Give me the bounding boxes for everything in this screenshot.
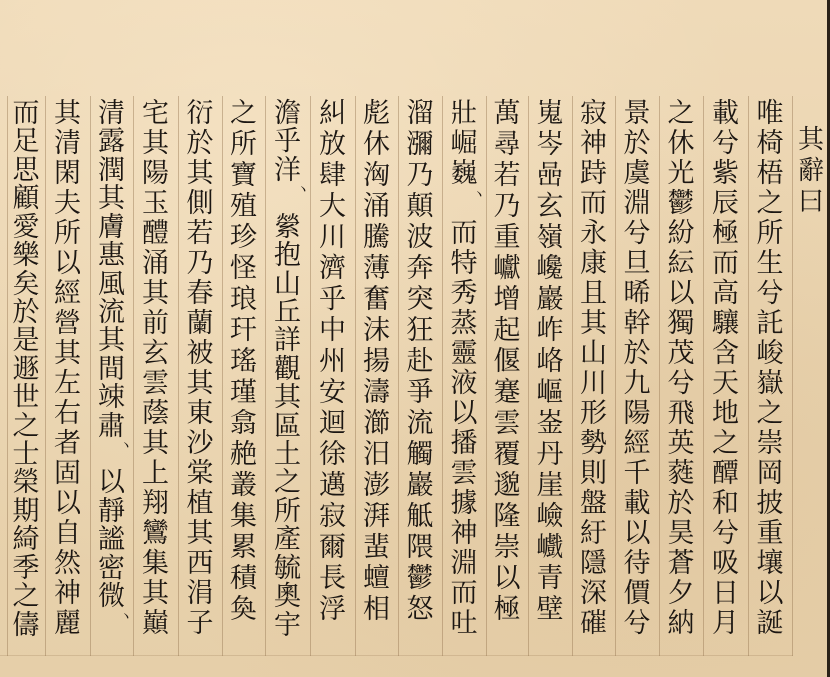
character: 兮 [703, 128, 748, 159]
character: 淵 [615, 188, 659, 219]
character: 九 [615, 368, 659, 399]
character: 丘 [265, 297, 310, 328]
character: 潤 [90, 155, 133, 186]
character: 重 [486, 222, 528, 253]
character: 奐 [222, 594, 265, 625]
character: 秀 [442, 278, 486, 309]
character: 休 [659, 128, 703, 159]
character: 雲 [486, 408, 528, 439]
character: 深 [572, 578, 615, 609]
character: 儔 [7, 610, 45, 641]
character: 於 [7, 297, 45, 328]
character: 詳 [265, 325, 310, 356]
character: 載 [615, 488, 659, 519]
character: 遯 [7, 354, 45, 385]
character: 觀 [265, 354, 310, 385]
character: 岞 [528, 315, 572, 346]
character: 天 [703, 368, 748, 399]
character: 玕 [222, 315, 265, 346]
character: 起 [486, 315, 528, 346]
character: 且 [572, 278, 615, 309]
character: 衍 [178, 98, 222, 129]
character: 所 [45, 218, 90, 249]
character: 醴 [133, 218, 178, 249]
character: 和 [703, 488, 748, 519]
character: 披 [748, 488, 792, 519]
character: 上 [133, 458, 178, 489]
character: 旦 [615, 248, 659, 279]
character: 涌 [355, 191, 398, 222]
character: 其 [45, 98, 90, 129]
character: 鬱 [398, 563, 442, 594]
character: 固 [45, 458, 90, 489]
character: 是 [7, 325, 45, 356]
character: 巖 [398, 470, 442, 501]
character: 瑾 [222, 377, 265, 408]
character: 待 [615, 548, 659, 579]
character: 兮 [703, 518, 748, 549]
character: 薄 [355, 253, 398, 284]
heading-character: 辭 [796, 156, 826, 187]
character: 乃 [178, 248, 222, 279]
character: 若 [178, 218, 222, 249]
text-column: 嵬岑喦玄嶺巉巖岞峈嶇崟丹崖嶮巇青壁 [528, 96, 572, 656]
character: 峻 [748, 338, 792, 369]
character: 其 [133, 278, 178, 309]
character: 乎 [310, 284, 355, 315]
character: 流 [398, 408, 442, 439]
character: 特 [442, 248, 486, 279]
character: 神 [442, 518, 486, 549]
heading-character: 曰 [796, 187, 826, 218]
character: 嶽 [748, 368, 792, 399]
character: 波 [398, 222, 442, 253]
text-column: 之休光鬱紛紜以獨茂兮飛英蕤於昊蒼夕納 [659, 96, 703, 656]
character: 兮 [748, 278, 792, 309]
text-column: 清露潤其膚惠風流其間竦肅ヽ以靜謐密微ヽ [90, 96, 133, 656]
character: 乃 [398, 160, 442, 191]
character: 崇 [486, 532, 528, 563]
character: 彪 [355, 98, 398, 129]
character: 紛 [659, 218, 703, 249]
character: 生 [748, 248, 792, 279]
character: 岡 [748, 458, 792, 489]
character: 飛 [659, 398, 703, 429]
character: 喦 [528, 160, 572, 191]
character: 光 [659, 158, 703, 189]
character: 雲 [442, 458, 486, 489]
character: 乎 [265, 126, 310, 157]
character: 壤 [748, 548, 792, 579]
column-rule-line [792, 96, 793, 656]
character: 尋 [486, 129, 528, 160]
character: 川 [310, 222, 355, 253]
character: 嵬 [528, 98, 572, 129]
character: 鬱 [659, 188, 703, 219]
character: 寶 [222, 160, 265, 191]
character: 瀰 [398, 129, 442, 160]
character: 前 [133, 308, 178, 339]
character: 崛 [442, 128, 486, 159]
character: 累 [222, 532, 265, 563]
character: 珍 [222, 222, 265, 253]
character: 驤 [703, 308, 748, 339]
character: 於 [178, 128, 222, 159]
character: 竦 [90, 382, 133, 413]
character: 永 [572, 218, 615, 249]
character: 以 [90, 467, 133, 498]
character: 山 [572, 338, 615, 369]
character: 膚 [90, 212, 133, 243]
character: 極 [703, 218, 748, 249]
character: 寂 [310, 501, 355, 532]
character: 謐 [90, 524, 133, 555]
character: 大 [310, 191, 355, 222]
character: 景 [615, 98, 659, 129]
character: 崇 [748, 428, 792, 459]
character: 瑤 [222, 346, 265, 377]
character: 其 [90, 183, 133, 214]
character: 東 [178, 398, 222, 429]
character: 所 [222, 129, 265, 160]
text-column: 唯椅梧之所生兮託峻嶽之崇岡披重壤以誕 [748, 96, 792, 656]
character: 嶇 [528, 377, 572, 408]
character: 洶 [355, 160, 398, 191]
character: 春 [178, 278, 222, 309]
character: 極 [486, 594, 528, 625]
character: 涌 [133, 248, 178, 279]
character: 清 [90, 98, 133, 129]
character: 隈 [398, 532, 442, 563]
character: 清 [45, 128, 90, 159]
character: 區 [265, 411, 310, 442]
character: 岑 [528, 129, 572, 160]
character: 安 [310, 377, 355, 408]
character: 幹 [615, 308, 659, 339]
character: 而 [703, 248, 748, 279]
character: 閑 [45, 158, 90, 189]
character: 據 [442, 488, 486, 519]
character: 以 [486, 563, 528, 594]
character: 沫 [355, 315, 398, 346]
heading-character: 其 [796, 125, 826, 156]
character: 翔 [133, 488, 178, 519]
character: 邈 [486, 470, 528, 501]
character: 峈 [528, 346, 572, 377]
character: 價 [615, 578, 659, 609]
repeat-mark: ヽ [442, 188, 486, 202]
character: 自 [45, 518, 90, 549]
character: 英 [659, 428, 703, 459]
character: 奧 [265, 581, 310, 612]
character: 地 [703, 398, 748, 429]
text-column: 彪休洶涌騰薄奮沫揚濤瀄汨澎湃蜚蟺相 [355, 96, 398, 656]
character: 雲 [133, 368, 178, 399]
character: 間 [90, 354, 133, 385]
character: 巖 [528, 284, 572, 315]
character: 椅 [748, 128, 792, 159]
character: 榮 [7, 467, 45, 498]
character: 汨 [355, 439, 398, 470]
character: 壁 [528, 594, 572, 625]
character: 其 [265, 382, 310, 413]
character: 以 [45, 488, 90, 519]
character: 於 [615, 338, 659, 369]
character: 吐 [442, 608, 486, 639]
character: 增 [486, 284, 528, 315]
character: 毓 [265, 553, 310, 584]
repeat-mark: ヽ [265, 183, 310, 197]
character: 其 [178, 518, 222, 549]
character: 高 [703, 278, 748, 309]
character: 重 [748, 518, 792, 549]
character: 季 [7, 553, 45, 584]
character: 巉 [528, 253, 572, 284]
character: 觝 [398, 501, 442, 532]
repeat-mark: ヽ [90, 610, 133, 624]
character: 經 [45, 278, 90, 309]
character: 綺 [7, 524, 45, 555]
character: 嶺 [528, 222, 572, 253]
text-column: 而足思顧愛樂矣於是遯世之士榮期綺季之儔 [7, 96, 45, 656]
character: 浮 [310, 594, 355, 625]
character: 崖 [528, 470, 572, 501]
character: 玉 [133, 188, 178, 219]
character: 陽 [615, 398, 659, 429]
text-column: 之所寶殖珍怪琅玕瑤瑾翕赩叢集累積奐 [222, 96, 265, 656]
character: 川 [572, 368, 615, 399]
character: 其 [178, 368, 222, 399]
character: 兮 [615, 608, 659, 639]
character: 其 [133, 428, 178, 459]
character: 然 [45, 548, 90, 579]
character: 而 [7, 98, 45, 129]
text-column: 衍於其側若乃春蘭被其東沙棠植其西涓子 [178, 96, 222, 656]
character: 蒼 [659, 548, 703, 579]
character: 西 [178, 548, 222, 579]
character: 託 [748, 308, 792, 339]
character: 湃 [355, 501, 398, 532]
character: 醰 [703, 458, 748, 489]
character: 其 [45, 338, 90, 369]
character: 播 [442, 428, 486, 459]
character: 之 [7, 411, 45, 442]
character: 足 [7, 126, 45, 157]
character: 赴 [398, 346, 442, 377]
character: 樂 [7, 240, 45, 271]
character: 形 [572, 398, 615, 429]
character: 其 [133, 578, 178, 609]
character: 夫 [45, 188, 90, 219]
character: 顧 [7, 183, 45, 214]
character: 右 [45, 398, 90, 429]
character: 以 [748, 578, 792, 609]
character: 靜 [90, 496, 133, 527]
character: 隱 [572, 548, 615, 579]
character: 瀄 [355, 408, 398, 439]
text-column: 澹乎洋ヽ縈抱山丘詳觀其區土之所產毓奧宇 [265, 96, 310, 656]
character: 蔭 [133, 398, 178, 429]
character: 蕤 [659, 458, 703, 489]
character: 子 [178, 608, 222, 639]
text-column: 寂神跱而永康且其山川形勢則盤紆隱深磪 [572, 96, 615, 656]
character: 淵 [442, 548, 486, 579]
character: 紫 [703, 158, 748, 189]
character: 而 [442, 218, 486, 249]
character: 被 [178, 338, 222, 369]
text-column: 糾放肆大川濟乎中州安迴徐邁寂爾長浮 [310, 96, 355, 656]
character: 紜 [659, 248, 703, 279]
character: 丹 [528, 439, 572, 470]
character: 而 [442, 578, 486, 609]
character: 肅 [90, 411, 133, 442]
character: 以 [442, 398, 486, 429]
character: 跱 [572, 158, 615, 189]
character: 所 [748, 218, 792, 249]
character: 側 [178, 188, 222, 219]
character: 集 [222, 501, 265, 532]
character: 顛 [398, 191, 442, 222]
character: 棠 [178, 458, 222, 489]
character: 集 [133, 548, 178, 579]
text-column: 景於虞淵兮旦晞幹於九陽經千載以待價兮 [615, 96, 659, 656]
character: 愛 [7, 212, 45, 243]
text-column: 壯崛巍ヽ而特秀蒸靈液以播雲據神淵而吐 [442, 96, 486, 656]
character: 吸 [703, 548, 748, 579]
character: 神 [572, 128, 615, 159]
character: 夕 [659, 578, 703, 609]
character: 觸 [398, 439, 442, 470]
character: 放 [310, 129, 355, 160]
character: 麗 [45, 608, 90, 639]
character: 壯 [442, 98, 486, 129]
character: 露 [90, 126, 133, 157]
character: 迴 [310, 408, 355, 439]
character: 以 [615, 518, 659, 549]
character: 矣 [7, 269, 45, 300]
character: 者 [45, 428, 90, 459]
character: 植 [178, 488, 222, 519]
character: 殖 [222, 191, 265, 222]
character: 其 [572, 308, 615, 339]
character: 之 [748, 188, 792, 219]
text-column: 其清閑夫所以經營其左右者固以自然神麗 [45, 96, 90, 656]
character: 翕 [222, 408, 265, 439]
character: 巘 [486, 253, 528, 284]
character: 磪 [572, 608, 615, 639]
scroll-page: 唯椅梧之所生兮託峻嶽之崇岡披重壤以誕載兮紫辰極而高驤含天地之醰和兮吸日月之休光鬱… [0, 0, 830, 677]
text-column: 載兮紫辰極而高驤含天地之醰和兮吸日月 [703, 96, 748, 656]
character: 嶮 [528, 501, 572, 532]
character: 宅 [133, 98, 178, 129]
character: 溜 [398, 98, 442, 129]
character: 洋 [265, 155, 310, 186]
character: 千 [615, 458, 659, 489]
character: 若 [486, 160, 528, 191]
character: 爾 [310, 532, 355, 563]
character: 兮 [615, 218, 659, 249]
character: 梧 [748, 158, 792, 189]
character: 奮 [355, 284, 398, 315]
character: 長 [310, 563, 355, 594]
character: 載 [703, 98, 748, 129]
character: 州 [310, 346, 355, 377]
character: 而 [572, 188, 615, 219]
character: 晞 [615, 278, 659, 309]
character: 日 [703, 578, 748, 609]
character: 隆 [486, 501, 528, 532]
character: 赩 [222, 439, 265, 470]
character: 含 [703, 338, 748, 369]
character: 世 [7, 382, 45, 413]
character: 茂 [659, 338, 703, 369]
character: 爭 [398, 377, 442, 408]
character: 思 [7, 155, 45, 186]
character: 其 [90, 325, 133, 356]
character: 相 [355, 594, 398, 625]
character: 土 [265, 439, 310, 470]
character: 於 [615, 128, 659, 159]
character: 玄 [133, 338, 178, 369]
character: 則 [572, 458, 615, 489]
character: 縈 [265, 212, 310, 243]
character: 之 [7, 581, 45, 612]
character: 肆 [310, 160, 355, 191]
character: 濟 [310, 253, 355, 284]
character: 辰 [703, 188, 748, 219]
character: 中 [310, 315, 355, 346]
character: 揚 [355, 346, 398, 377]
character: 鸞 [133, 518, 178, 549]
character: 之 [659, 98, 703, 129]
character: 營 [45, 308, 90, 339]
character: 靈 [442, 338, 486, 369]
character: 其 [178, 158, 222, 189]
repeat-mark: ヽ [90, 439, 133, 453]
character: 蹇 [486, 377, 528, 408]
character: 所 [265, 496, 310, 527]
character: 青 [528, 563, 572, 594]
character: 山 [265, 269, 310, 300]
character: 其 [133, 128, 178, 159]
character: 濤 [355, 377, 398, 408]
character: 獨 [659, 308, 703, 339]
character: 萬 [486, 98, 528, 129]
character: 以 [45, 248, 90, 279]
character: 唯 [748, 98, 792, 129]
character: 產 [265, 524, 310, 555]
character: 流 [90, 297, 133, 328]
character: 液 [442, 368, 486, 399]
character: 騰 [355, 222, 398, 253]
character: 涓 [178, 578, 222, 609]
character: 偃 [486, 346, 528, 377]
character: 覆 [486, 439, 528, 470]
character: 月 [703, 608, 748, 639]
character: 以 [659, 278, 703, 309]
character: 怒 [398, 594, 442, 625]
character: 突 [398, 284, 442, 315]
character: 納 [659, 608, 703, 639]
character: 蟺 [355, 563, 398, 594]
character: 蒸 [442, 308, 486, 339]
character: 士 [7, 439, 45, 470]
text-column: 溜瀰乃顛波奔突狂赴爭流觸巖觝隈鬱怒 [398, 96, 442, 656]
character: 狂 [398, 315, 442, 346]
character: 康 [572, 248, 615, 279]
character: 徐 [310, 439, 355, 470]
character: 左 [45, 368, 90, 399]
